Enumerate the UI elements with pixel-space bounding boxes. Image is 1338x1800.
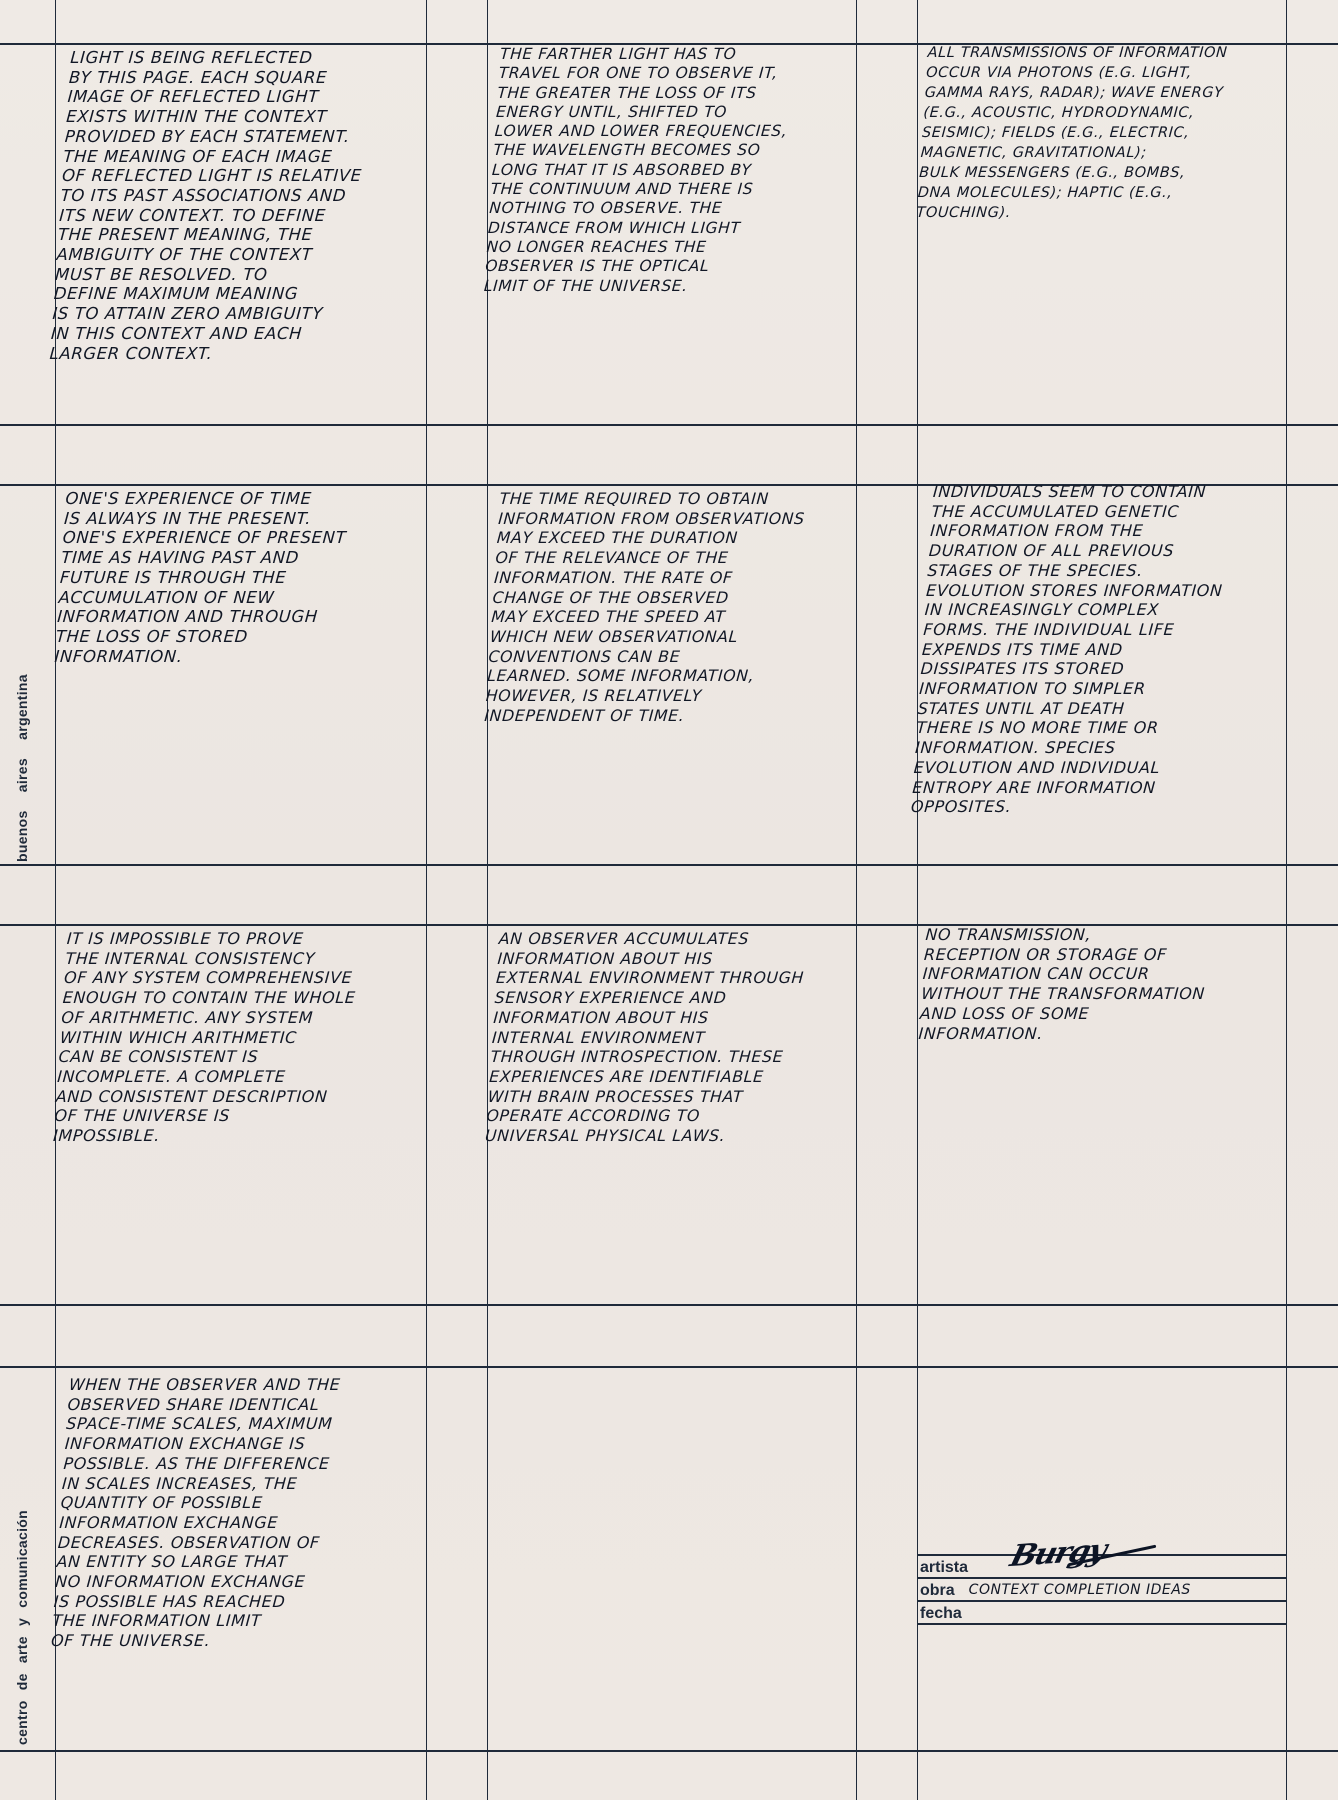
work-title: CONTEXT COMPLETION IDEAS xyxy=(969,1581,1191,1600)
grid-vline xyxy=(856,0,857,1800)
date-label: fecha xyxy=(917,1604,962,1623)
side-label-location: buenos aires argentina xyxy=(14,674,30,862)
date-row: fecha xyxy=(917,1602,1287,1625)
grid-hline xyxy=(0,1750,1338,1752)
statement-observer-accumulates: AN OBSERVER ACCUMULATES INFORMATION ABOU… xyxy=(484,929,861,1146)
artwork-info-form: artista Burgy obra CONTEXT COMPLETION ID… xyxy=(917,1554,1287,1625)
statement-space-time-scales: WHEN THE OBSERVER AND THE OBSERVED SHARE… xyxy=(50,1375,433,1651)
statement-individuals-genetic: INDIVIDUALS SEEM TO CONTAIN THE ACCUMULA… xyxy=(910,482,1299,817)
work-row: obra CONTEXT COMPLETION IDEAS xyxy=(917,1579,1287,1602)
side-label-institution: centro de arte y comunicación xyxy=(14,1510,30,1745)
grid-vline xyxy=(917,0,918,1800)
grid-hline xyxy=(0,424,1338,426)
statement-experience-of-time: ONE'S EXPERIENCE OF TIME IS ALWAYS IN TH… xyxy=(54,489,430,666)
artist-row: artista Burgy xyxy=(917,1554,1287,1579)
artist-label: artista xyxy=(917,1558,968,1577)
statement-transmissions: ALL TRANSMISSIONS OF INFORMATION OCCUR V… xyxy=(916,43,1295,223)
grid-hline xyxy=(0,864,1338,866)
paper-sheet: buenos aires argentina centro de arte y … xyxy=(0,0,1338,1800)
statement-internal-consistency: IT IS IMPOSSIBLE TO PROVE THE INTERNAL C… xyxy=(52,929,431,1146)
grid-vline xyxy=(426,0,427,1800)
grid-hline xyxy=(0,1366,1338,1368)
statement-no-transmission: NO TRANSMISSION, RECEPTION OR STORAGE OF… xyxy=(918,925,1292,1043)
grid-hline xyxy=(0,1304,1338,1306)
grid-vline xyxy=(1286,0,1287,1800)
artist-signature: Burgy xyxy=(1007,1533,1109,1574)
statement-time-required: THE TIME REQUIRED TO OBTAIN INFORMATION … xyxy=(484,489,863,725)
statement-light-reflected: LIGHT IS BEING REFLECTED BY THIS PAGE. E… xyxy=(49,48,435,363)
statement-optical-limit: THE FARTHER LIGHT HAS TO TRAVEL FOR ONE … xyxy=(483,45,863,296)
work-label: obra xyxy=(917,1581,955,1600)
